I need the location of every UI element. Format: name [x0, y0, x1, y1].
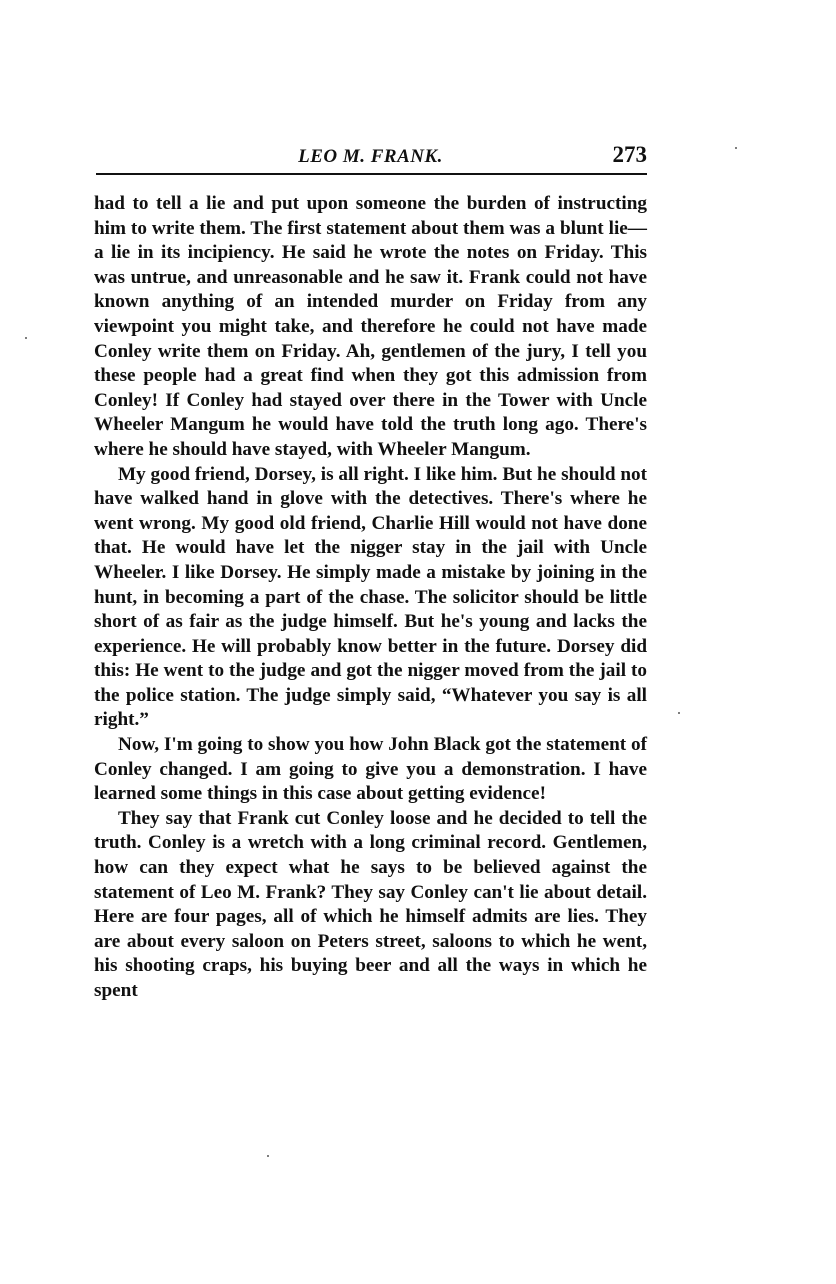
paragraph-2: My good friend, Dorsey, is all right. I …: [94, 463, 647, 734]
paragraph-4: They say that Frank cut Conley loose and…: [94, 807, 647, 1004]
header-rule: [96, 173, 647, 175]
book-page: LEO M. FRANK. 273 had to tell a lie and …: [94, 140, 647, 1004]
scan-speck: [25, 337, 27, 339]
scan-speck: [678, 712, 680, 714]
body-text: had to tell a lie and put upon someone t…: [94, 192, 647, 1004]
scan-speck: [735, 147, 737, 149]
paragraph-1: had to tell a lie and put upon someone t…: [94, 192, 647, 463]
page-header: LEO M. FRANK. 273: [94, 140, 647, 174]
running-title: LEO M. FRANK.: [94, 146, 647, 168]
scan-speck: [267, 1155, 269, 1157]
page-number: 273: [613, 142, 648, 168]
paragraph-3: Now, I'm going to show you how John Blac…: [94, 733, 647, 807]
